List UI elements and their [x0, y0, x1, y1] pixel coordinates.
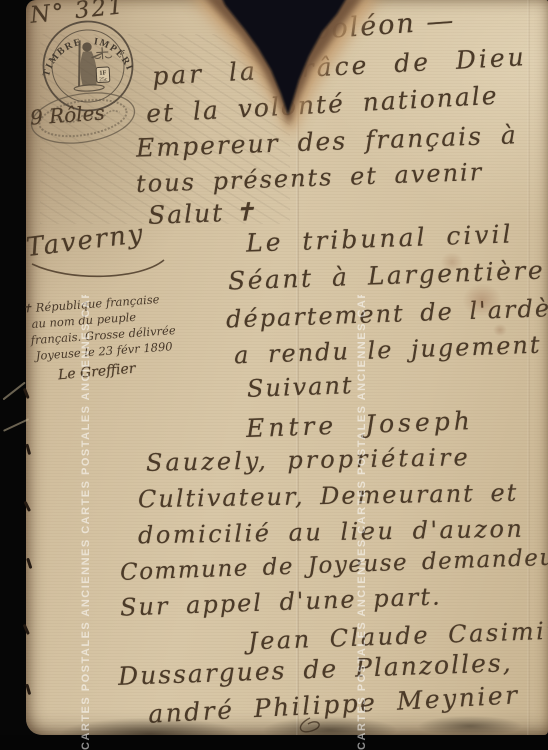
scanned-manuscript-page: N° 321 TIMBRE IMPÉRIAL 1F 25c [0, 0, 548, 750]
binding-thread [3, 382, 26, 400]
manuscript-line: Salut ✝ [148, 197, 258, 230]
watermark-column-left: CARTES POSTALES ANCIENNES CARTES POSTALE… [80, 295, 96, 750]
manuscript-line: Sauzely, propriétaire [146, 443, 471, 477]
margin-annotation: ✝ République française au nom du peuple … [22, 289, 186, 364]
manuscript-line: Suivant [247, 371, 354, 403]
watermark-column-center: CARTES POSTALES ANCIENNES CARTES POSTALE… [356, 295, 372, 750]
